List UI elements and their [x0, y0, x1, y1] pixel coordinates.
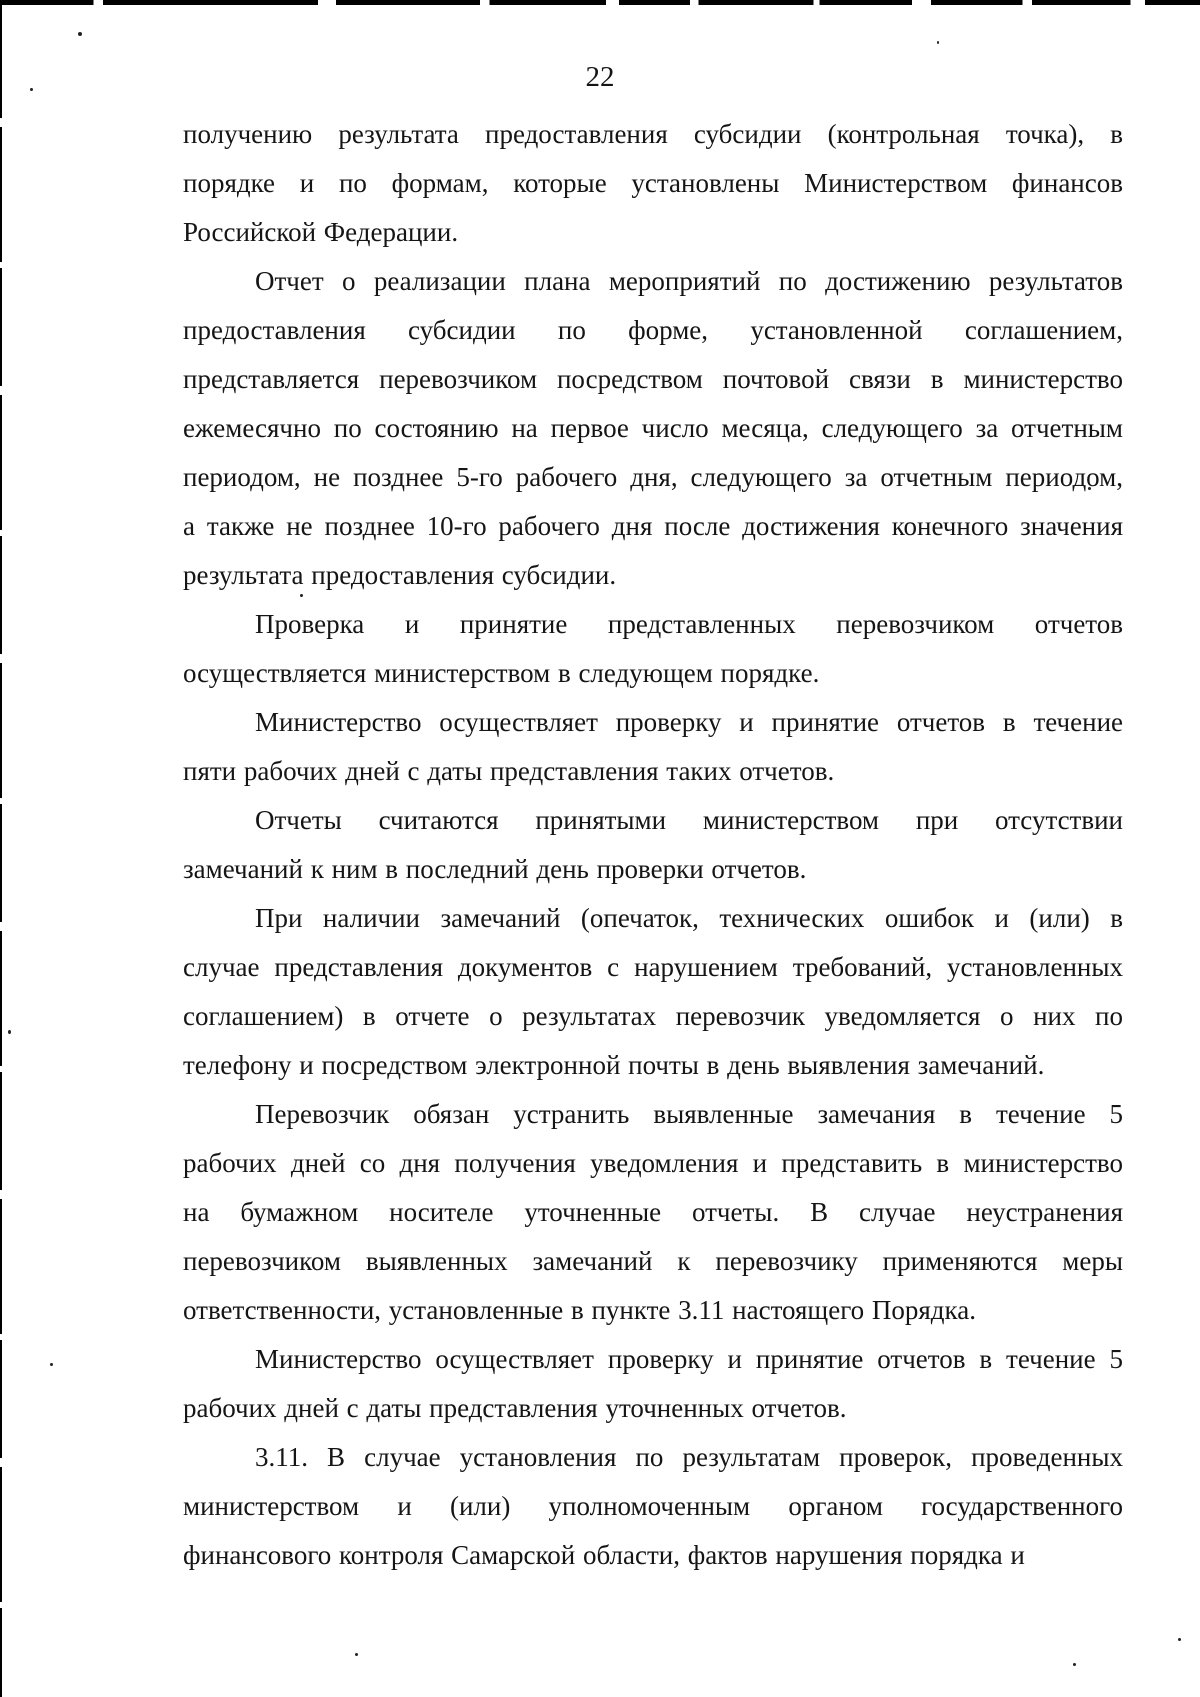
paragraph: Проверка и принятие представленных перев…	[183, 600, 1123, 698]
text-line: получению результата предоставления субс…	[183, 110, 1123, 159]
text-line: Отчеты считаются принятыми министерством…	[183, 796, 1123, 845]
text-line: представляется перевозчиком посредством …	[183, 355, 1123, 404]
text-line: а также не позднее 10-го рабочего дня по…	[183, 502, 1123, 551]
text-line: периодом, не позднее 5-го рабочего дня, …	[183, 453, 1123, 502]
paragraph: Министерство осуществляет проверку и при…	[183, 698, 1123, 796]
text-line: Отчет о реализации плана мероприятий по …	[183, 257, 1123, 306]
paragraph: 3.11. В случае установления по результат…	[183, 1433, 1123, 1580]
document-page: { "document": { "page_number": "22", "pa…	[0, 0, 1200, 1697]
text-line: замечаний к ним в последний день проверк…	[183, 845, 1123, 894]
text-line: осуществляется министерством в следующем…	[183, 649, 1123, 698]
text-line: рабочих дней с даты представления уточне…	[183, 1384, 1123, 1433]
scan-speck	[50, 1363, 53, 1366]
scan-speck	[1073, 1663, 1076, 1666]
scan-speck	[8, 1030, 11, 1034]
text-line: Проверка и принятие представленных перев…	[183, 600, 1123, 649]
text-line: рабочих дней со дня получения уведомлени…	[183, 1139, 1123, 1188]
text-line: перевозчиком выявленных замечаний к пере…	[183, 1237, 1123, 1286]
scan-speck	[78, 32, 82, 36]
text-line: на бумажном носителе уточненные отчеты. …	[183, 1188, 1123, 1237]
text-line: ответственности, установленные в пункте …	[183, 1286, 1123, 1335]
text-line: Министерство осуществляет проверку и при…	[183, 698, 1123, 747]
page-number: 22	[0, 60, 1200, 94]
text-line: пяти рабочих дней с даты представления т…	[183, 747, 1123, 796]
text-line: 3.11. В случае установления по результат…	[183, 1433, 1123, 1482]
scan-speck	[1178, 1638, 1181, 1641]
text-line: соглашением) в отчете о результатах пере…	[183, 992, 1123, 1041]
scan-speck	[355, 1653, 358, 1656]
paragraph: Министерство осуществляет проверку и при…	[183, 1335, 1123, 1433]
text-line: предоставления субсидии по форме, устано…	[183, 306, 1123, 355]
text-line: Перевозчик обязан устранить выявленные з…	[183, 1090, 1123, 1139]
text-line: министерством и (или) уполномоченным орг…	[183, 1482, 1123, 1531]
text-line: При наличии замечаний (опечаток, техниче…	[183, 894, 1123, 943]
paragraph: Отчет о реализации плана мероприятий по …	[183, 257, 1123, 600]
paragraph: При наличии замечаний (опечаток, техниче…	[183, 894, 1123, 1090]
document-body: получению результата предоставления субс…	[183, 110, 1123, 1580]
text-line: ежемесячно по состоянию на первое число …	[183, 404, 1123, 453]
scan-artifact-top-edge	[0, 0, 1200, 5]
text-line: Министерство осуществляет проверку и при…	[183, 1335, 1123, 1384]
paragraph: получению результата предоставления субс…	[183, 110, 1123, 257]
text-line: случае представления документов с наруше…	[183, 943, 1123, 992]
paragraph: Отчеты считаются принятыми министерством…	[183, 796, 1123, 894]
text-line: телефону и посредством электронной почты…	[183, 1041, 1123, 1090]
scan-speck	[937, 41, 939, 44]
text-line: финансового контроля Самарской области, …	[183, 1531, 1123, 1580]
paragraph: Перевозчик обязан устранить выявленные з…	[183, 1090, 1123, 1335]
text-line: порядке и по формам, которые установлены…	[183, 159, 1123, 208]
text-line: Российской Федерации.	[183, 208, 1123, 257]
scan-artifact-left-edge	[0, 0, 2, 1697]
text-line: результата предоставления субсидии.	[183, 551, 1123, 600]
